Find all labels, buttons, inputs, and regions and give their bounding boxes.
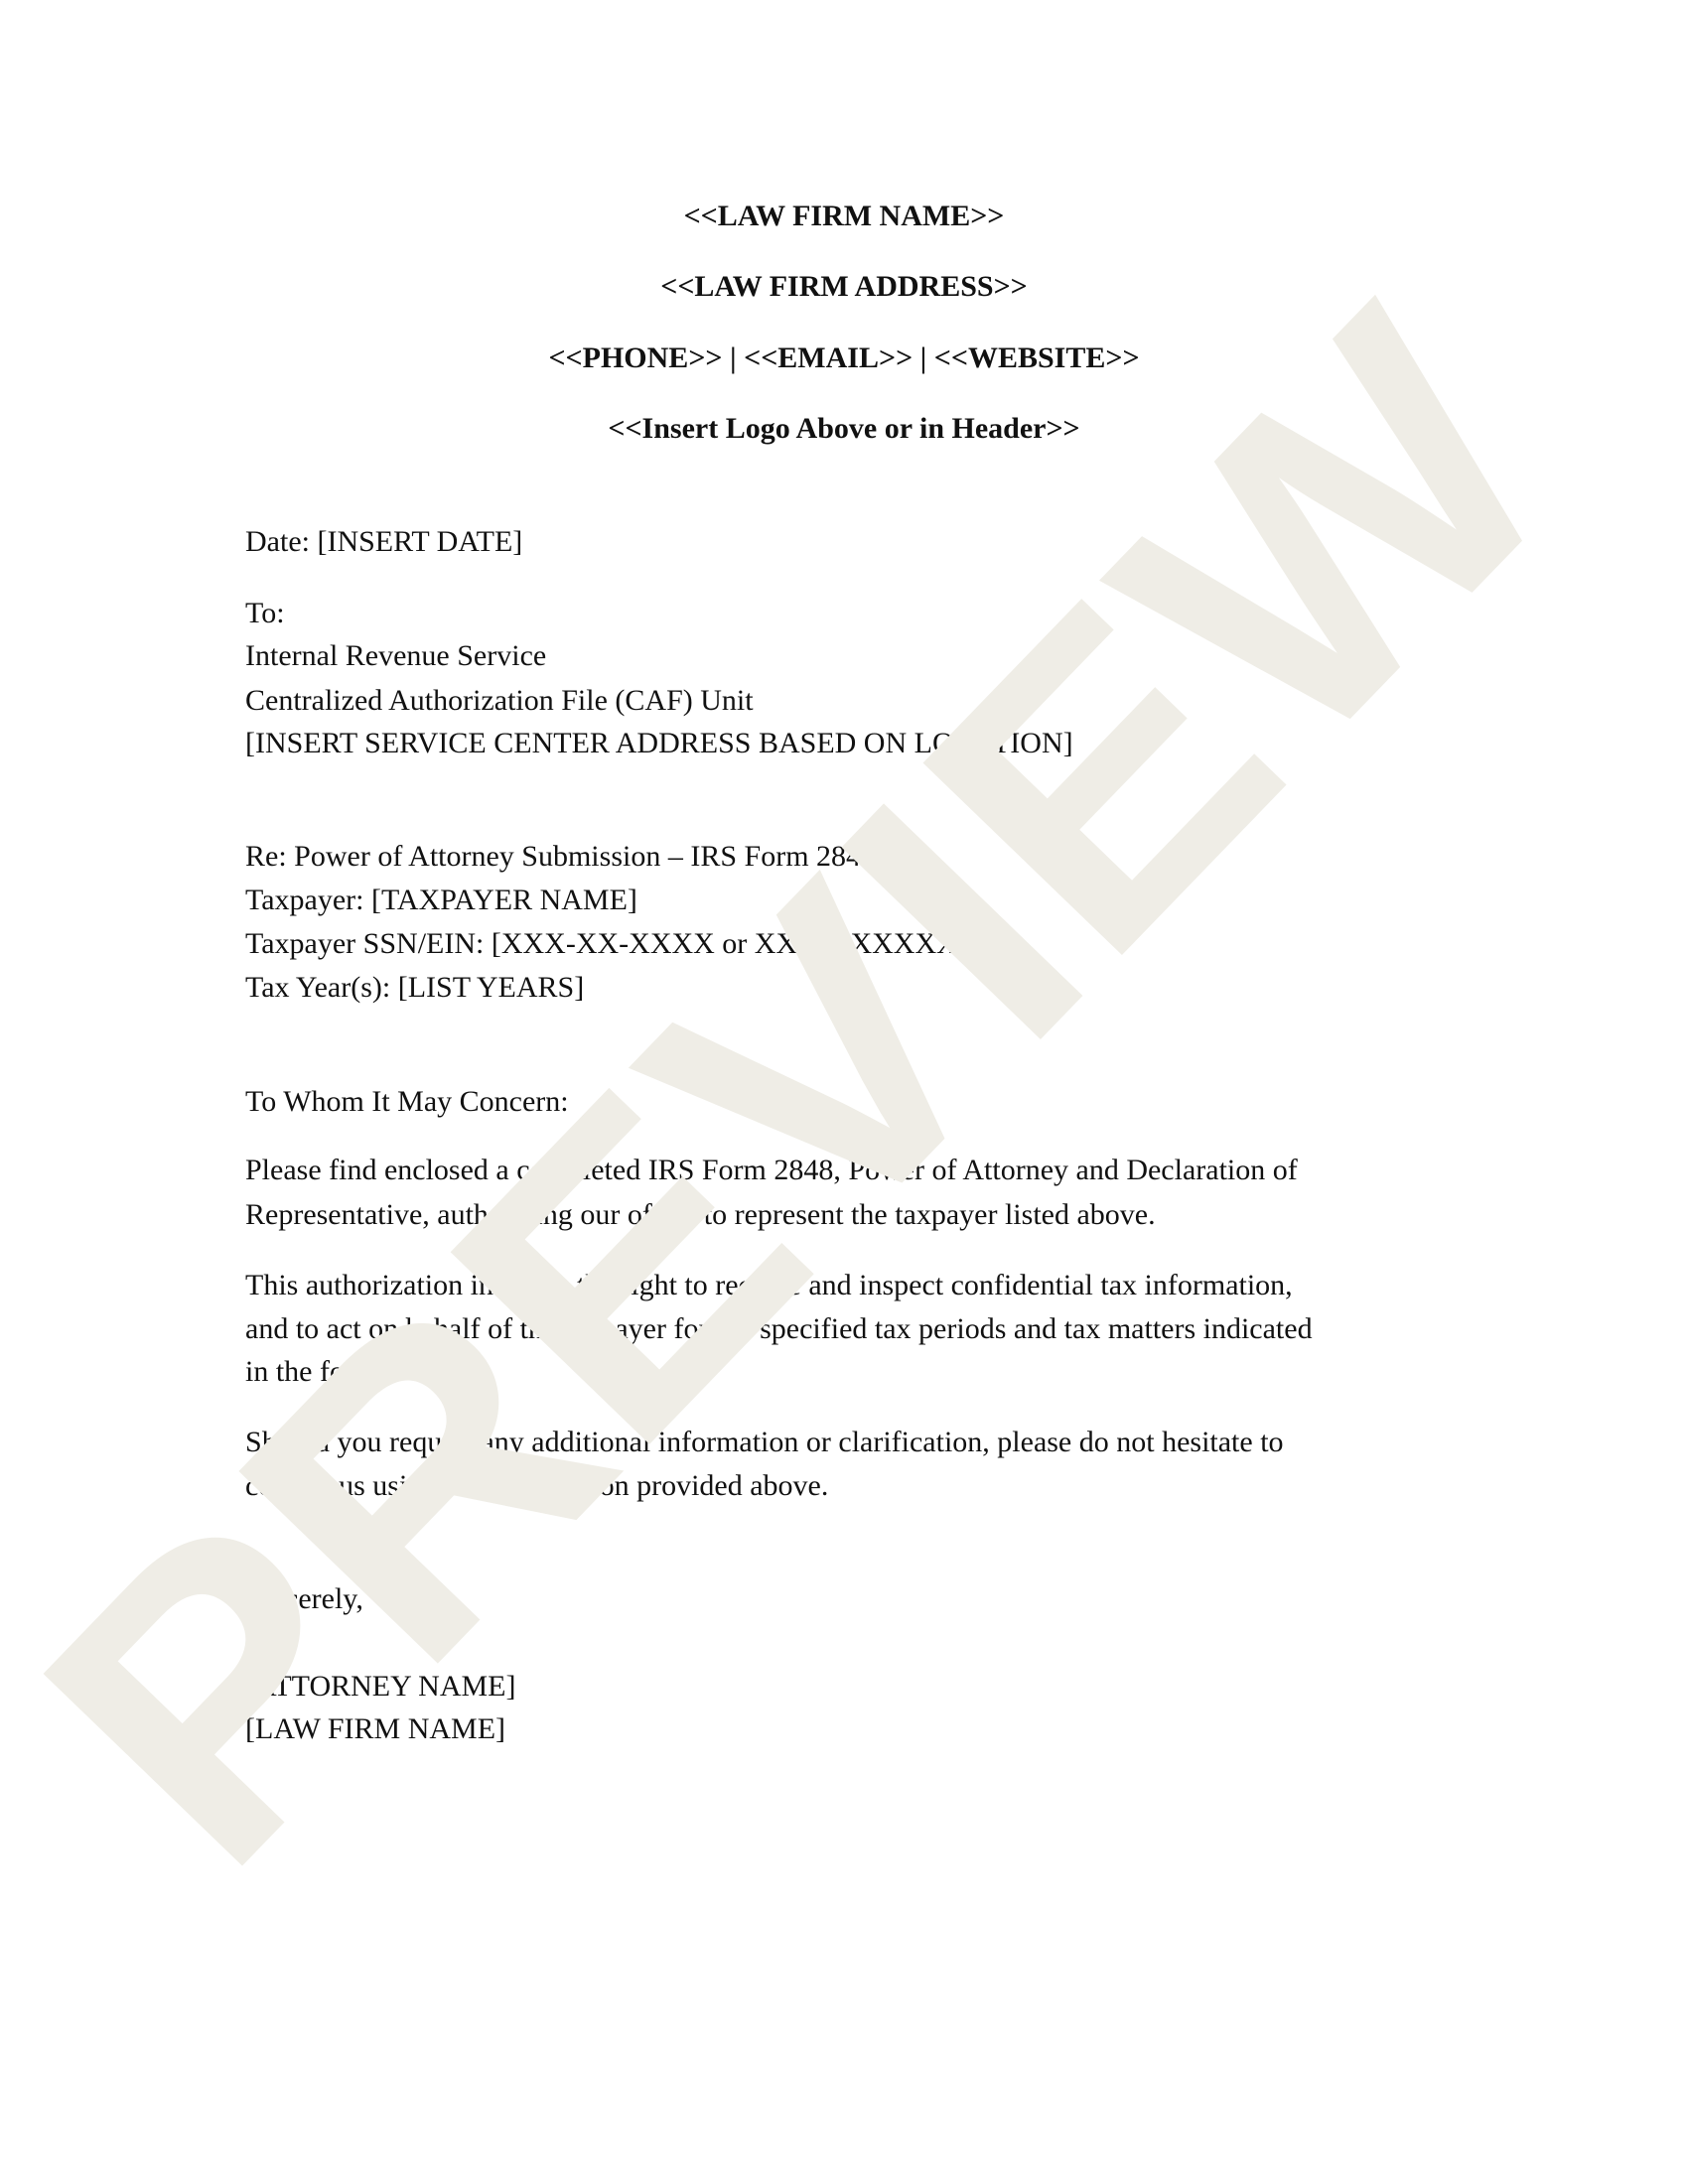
reference-ssn-ein: Taxpayer SSN/EIN: [XXX-XX-XXXX or XX-XXX… [245,922,968,966]
paragraph-line: This authorization includes the right to… [245,1264,1293,1307]
letterhead-contact-line: <<PHONE>> | <<EMAIL>> | <<WEBSITE>> [0,337,1688,380]
signature-attorney-name: [ATTORNEY NAME] [245,1665,515,1708]
paragraph-line: contact us using the information provide… [245,1464,828,1508]
paragraph-line: in the form. [245,1350,385,1394]
paragraph-line: Should you require any additional inform… [245,1421,1284,1464]
reference-tax-years: Tax Year(s): [LIST YEARS] [245,966,584,1010]
reference-subject: Re: Power of Attorney Submission – IRS F… [245,835,876,879]
paragraph-line: Please find enclosed a completed IRS For… [245,1149,1298,1192]
recipient-line: Internal Revenue Service [245,634,546,678]
paragraph-line: Representative, authorizing our office t… [245,1193,1156,1237]
paragraph-line: and to act on behalf of the taxpayer for… [245,1307,1313,1351]
letterhead-logo-note: <<Insert Logo Above or in Header>> [0,407,1688,451]
letterhead-firm-address: <<LAW FIRM ADDRESS>> [0,265,1688,309]
recipient-line: [INSERT SERVICE CENTER ADDRESS BASED ON … [245,722,1073,765]
letterhead-firm-name: <<LAW FIRM NAME>> [0,195,1688,238]
letter-page: <<LAW FIRM NAME>> <<LAW FIRM ADDRESS>> <… [0,0,1688,2184]
recipient-line: Centralized Authorization File (CAF) Uni… [245,679,754,723]
salutation: To Whom It May Concern: [245,1080,569,1124]
recipient-to-label: To: [245,592,285,635]
date-line: Date: [INSERT DATE] [245,520,522,564]
reference-taxpayer: Taxpayer: [TAXPAYER NAME] [245,879,637,922]
signature-firm-name: [LAW FIRM NAME] [245,1707,505,1751]
closing: Sincerely, [245,1577,363,1621]
